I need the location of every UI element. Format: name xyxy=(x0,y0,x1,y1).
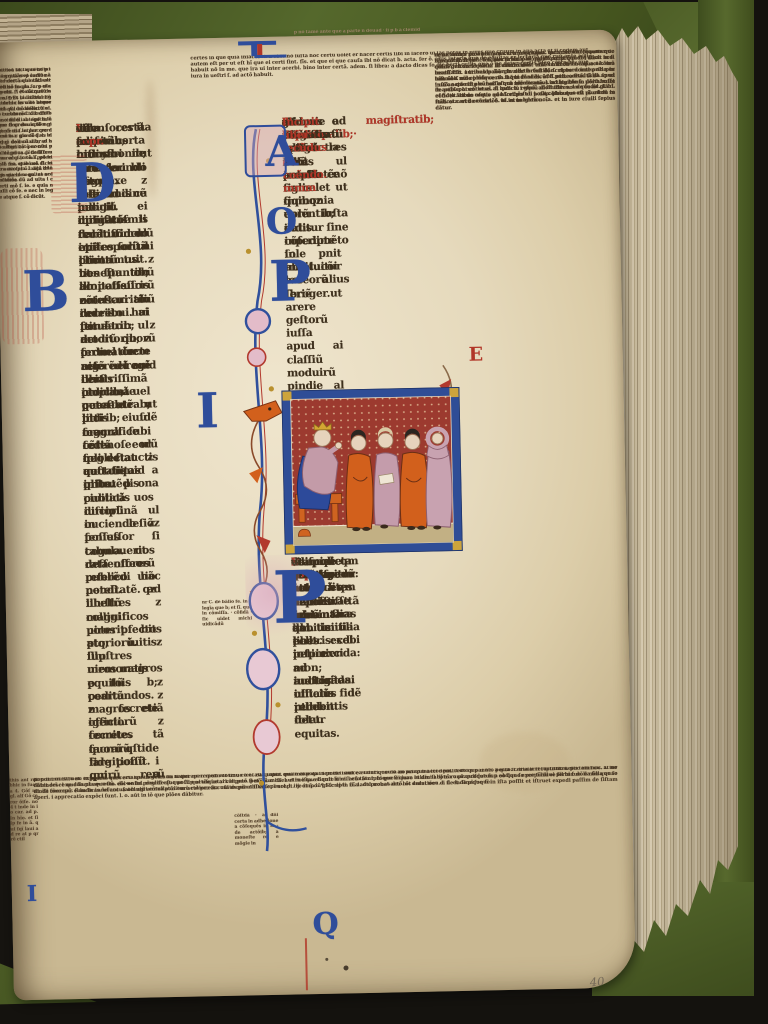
miniature-illustration xyxy=(281,387,462,555)
numeral-stroke xyxy=(254,54,286,58)
ink-speck xyxy=(325,958,328,961)
initial-letter: P xyxy=(268,248,311,315)
initial-letter: E xyxy=(468,344,483,364)
decorated-initial-A: A xyxy=(244,125,287,178)
bottom-margin-gloss: non ſi iniuratõ nẽ in pollis: quia erũ h… xyxy=(33,766,621,974)
initial-letter: A xyxy=(265,126,299,177)
decorated-initial-P-large: P xyxy=(245,554,301,649)
top-faint-annotation: p nõ tamẽ ante que a parte n deuãd · ſi … xyxy=(294,25,546,52)
decorated-initial-P: P xyxy=(246,248,292,323)
initial-letter: D xyxy=(68,152,116,213)
gloss-initial-E: E xyxy=(458,345,478,367)
margin-initial-B: B xyxy=(0,248,44,345)
initial-letter: I xyxy=(27,882,38,906)
decorated-initial-O: O xyxy=(247,201,284,246)
gloss-text: detur certis fiſco cõtra hã. i. o nequiſ… xyxy=(434,50,615,113)
initial-letter: Q xyxy=(312,908,339,943)
backdrop-bottom xyxy=(0,996,768,1024)
initial-I-blue: I xyxy=(189,384,203,440)
gloss-text: Sat leã lac. que ne p illa gratiãs et ce… xyxy=(0,67,53,200)
manuscript-photo: Sat leã lac. que ne p illa gratiãs et ce… xyxy=(0,0,768,1024)
decorated-initial-D: D xyxy=(48,153,89,216)
manuscript-page: Sat leã lac. que ne p illa gratiãs et ce… xyxy=(0,30,636,1001)
initial-letter: I xyxy=(196,384,220,438)
backdrop-right xyxy=(754,0,768,1024)
initial-letter: P xyxy=(272,554,328,641)
intercolumn-note: cõſtdã · a dñi certa in adheſione a cõſe… xyxy=(234,813,281,972)
decorated-initial-Q: Q xyxy=(298,908,327,945)
folio-number: 40 xyxy=(589,973,620,992)
main-text-left-column: hũc adcatã mor ſb i ronea pſequi tõe ad … xyxy=(76,119,266,785)
initial-letter: O xyxy=(265,200,297,243)
right-margin-gloss: in ui certes pulchrã pro certi uirã ſano… xyxy=(434,50,629,780)
ink-speck xyxy=(343,965,348,970)
initial-I-small: I xyxy=(22,882,33,908)
book-number-numeral xyxy=(238,40,294,59)
initial-letter: B xyxy=(21,247,70,336)
